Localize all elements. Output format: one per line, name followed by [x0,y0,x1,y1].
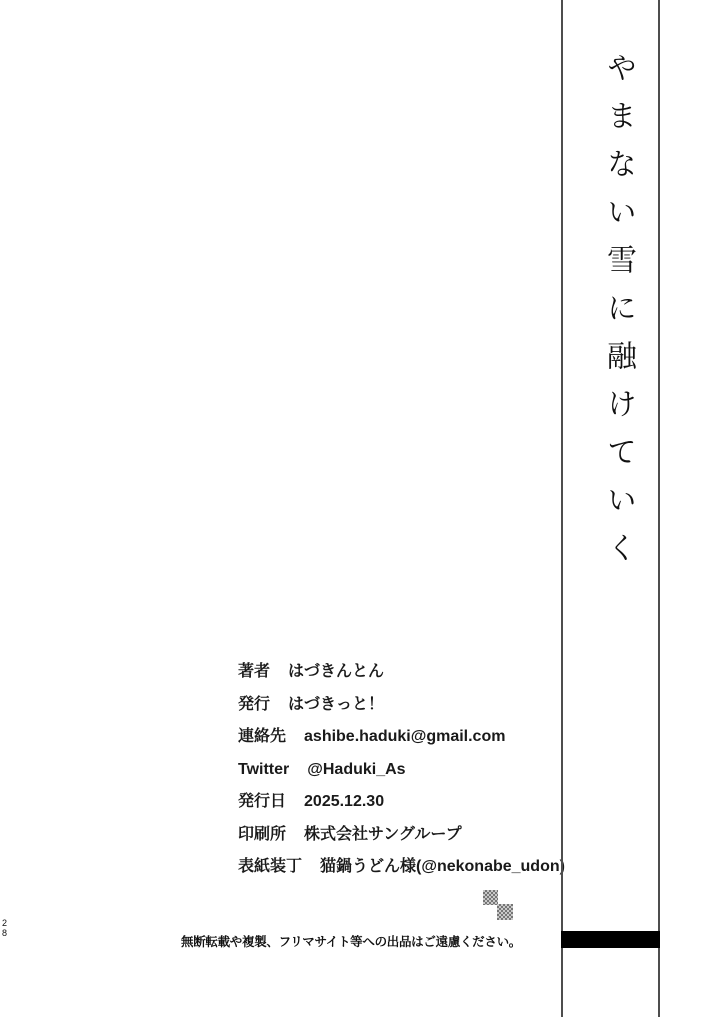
colophon-page: 28 著者 はづきんとん 発行 はづきっと！ 連絡先 ashibe.haduki… [0,0,720,1017]
colophon-row-cover-design: 表紙装丁 猫鍋うどん様(@nekonabe_udon) [238,859,565,876]
book-title-vertical: やまない雪に融けていく [596,52,640,580]
colophon-row-twitter: Twitter @Haduki_As [238,762,565,779]
colophon-label: 印刷所 [238,827,286,844]
colophon-label: 発行日 [238,794,286,811]
disclaimer-text: 無断転載や複製、フリマサイト等への出品はご遠慮ください。 [181,936,521,949]
colophon-value: 2025.12.30 [304,794,384,811]
colophon-row-issue-date: 発行日 2025.12.30 [238,794,565,811]
page-number: 28 [2,918,9,938]
colophon-value: はづきんとん [288,664,384,681]
colophon-label: 連絡先 [238,729,286,746]
colophon-row-author: 著者 はづきんとん [238,664,565,681]
colophon-row-contact: 連絡先 ashibe.haduki@gmail.com [238,729,565,746]
colophon-label: 発行 [238,697,270,714]
spine-black-bar [561,931,660,948]
colophon-label: Twitter [238,762,289,779]
colophon-value: @Haduki_As [307,762,405,779]
colophon-label: 著者 [238,664,270,681]
vertical-rule-right [658,0,660,1017]
colophon-value: 猫鍋うどん様(@nekonabe_udon) [320,859,565,876]
checker-square-icon [497,904,513,920]
colophon-block: 著者 はづきんとん 発行 はづきっと！ 連絡先 ashibe.haduki@gm… [238,664,565,876]
colophon-value: 株式会社サングループ [304,827,462,844]
colophon-row-publisher: 発行 はづきっと！ [238,697,565,714]
colophon-value: ashibe.haduki@gmail.com [304,729,505,746]
vertical-rule-left [561,0,563,1017]
colophon-label: 表紙装丁 [238,859,302,876]
colophon-value: はづきっと！ [288,697,384,714]
checker-square-icon [483,890,498,905]
colophon-row-printer: 印刷所 株式会社サングループ [238,827,565,844]
